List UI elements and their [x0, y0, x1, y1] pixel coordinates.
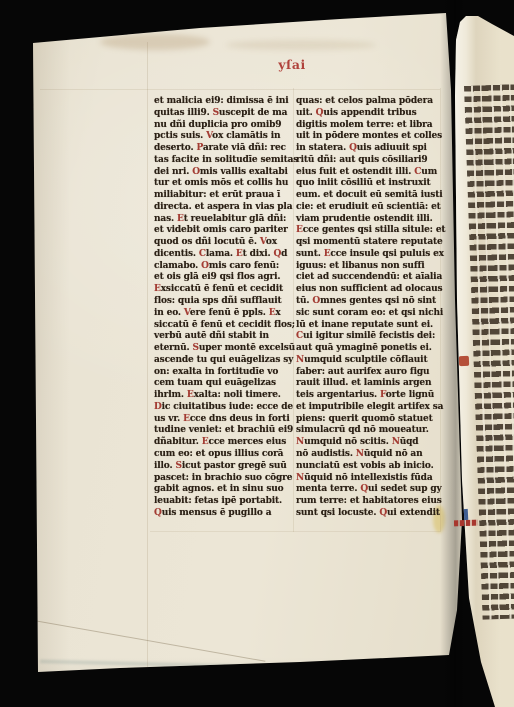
yellow-stain: [433, 505, 445, 533]
text-line: quod os dñi locutū ē. Vox: [154, 237, 294, 249]
text-line: flos: quia sps dñi sufflauit: [154, 296, 294, 308]
text-line: Cui igitur similē fecistis dei:: [296, 331, 440, 343]
text-line: clamabo. Omis caro fenū:: [154, 261, 294, 273]
text-line: quo iniit cōsiliū et instruxit: [296, 178, 440, 190]
text-line: illo. Sicut pastor gregē suū: [154, 461, 294, 473]
text-line: viam prudentie ostendit illi.: [296, 214, 440, 226]
text-line: et ois glā ei9 qsi flos agri.: [154, 272, 294, 284]
text-line: eius fuit et ostendit illi. Cum: [296, 167, 440, 179]
parchment-crease: [34, 620, 266, 662]
text-line: et malicia ei9: dimissa ē ini: [154, 96, 294, 108]
text-line: tas facite in solitudīe semitas: [154, 155, 294, 167]
page-curl-highlight: [40, 659, 255, 668]
text-line: simulacrū qd nō moueatur.: [296, 425, 440, 437]
ruling-line-horizontal: [40, 89, 440, 90]
text-line: Numquid sculptile cōflauit: [296, 355, 440, 367]
text-line: deserto. Parate viā dñi: rec: [154, 143, 294, 155]
text-line: menta terre. Qui sedet sup gy: [296, 484, 440, 496]
text-line: tur et omis mōs et collis hu: [154, 178, 294, 190]
text-line: et imputribile elegit artifex sa: [296, 402, 440, 414]
text-line: uit. Quis appendit tribus: [296, 108, 440, 120]
text-line: dei nri. Omis vallis exaltabi: [154, 167, 294, 179]
text-line: nō audistis. Nūquid nō an: [296, 449, 440, 461]
text-line: cie: et erudiuit eū scientiā: et: [296, 202, 440, 214]
text-line: ritū dñi: aut quis cōsiliari9: [296, 155, 440, 167]
text-line: cum eo: et opus illius corā: [154, 449, 294, 461]
text-line: quas: et celos palma pōdera: [296, 96, 440, 108]
text-line: lū et inane reputate sunt ei.: [296, 320, 440, 332]
text-column-left: et malicia ei9: dimissa ē iniquitas illi…: [154, 96, 294, 520]
text-line: aut quā ymaginē ponetis ei.: [296, 343, 440, 355]
text-line: dñabitur. Ecce merces eius: [154, 437, 294, 449]
parchment-stain: [100, 34, 210, 50]
manuscript-page: yſai et malicia ei9: dimissa ē iniquitas…: [0, 0, 514, 707]
initial-blue-mark: [464, 509, 469, 520]
text-line: Ecce gentes qsi stilla situle: et: [296, 225, 440, 237]
text-line: eternū. Super montē excelsū: [154, 343, 294, 355]
text-line: directa. et aspera in vias pla: [154, 202, 294, 214]
parchment-stain: [226, 40, 376, 50]
text-line: uit in pōdere montes et colles: [296, 131, 440, 143]
text-line: Numquid nō scitis. Nūqd: [296, 437, 440, 449]
running-header: yſai: [258, 57, 326, 72]
text-line: pctis suis. Vox clamātis in: [154, 131, 294, 143]
ruling-line-vertical: [147, 42, 148, 668]
text-line: ciet ad succendendū: et aīalia: [296, 272, 440, 284]
text-line: teis argentarius. Forte lignū: [296, 390, 440, 402]
text-line: Exsiccatū ē fenū et cecidit: [154, 284, 294, 296]
text-line: miliabitur: et erūt praua ī: [154, 190, 294, 202]
text-line: cem tuam qui euāgelizas: [154, 378, 294, 390]
text-line: sunt qsi locuste. Qui extendit: [296, 508, 440, 520]
text-line: dicentis. Clama. Et dixi. Qd: [154, 249, 294, 261]
text-line: nunciatū est vobis ab inicio.: [296, 461, 440, 473]
text-line: gabit agnos. et in sinu suo: [154, 484, 294, 496]
text-line: et videbit omis caro pariter: [154, 225, 294, 237]
text-line: sic sunt coram eo: et qsi nichi: [296, 308, 440, 320]
photograph-background: yſai et malicia ei9: dimissa ē iniquitas…: [0, 0, 514, 707]
text-column-right: quas: et celos palma pōderauit. Quis app…: [296, 96, 440, 520]
text-line: Nūquid nō intellexistis fūda: [296, 473, 440, 485]
ruling-line-horizontal: [150, 531, 440, 532]
text-line: nu dñi duplicia pro omib9: [154, 120, 294, 132]
text-line: Quis mensus ē pugillo a: [154, 508, 294, 520]
text-line: Dic ciuitatibus iude: ecce de: [154, 402, 294, 414]
text-line: rum terre: et habitatores eius: [296, 496, 440, 508]
text-line: us vr. Ecce dns deus in forti: [154, 414, 294, 426]
text-line: leuabit: fetas ipē portabit.: [154, 496, 294, 508]
ruling-line-vertical: [440, 88, 441, 532]
text-line: siccatū ē fenū et cecidit flos;: [154, 320, 294, 332]
text-line: rauit illud. et laminis argen: [296, 378, 440, 390]
text-line: tudine veniet: et brachiū ei9: [154, 425, 294, 437]
text-line: verbū autē dñi stabit in: [154, 331, 294, 343]
text-line: ihrlm. Exalta: noli timere.: [154, 390, 294, 402]
text-line: quitas illi9. Suscepit de ma: [154, 108, 294, 120]
rubric-initial-red: [459, 356, 469, 366]
text-line: eum. et docuit eū semitā iusti: [296, 190, 440, 202]
text-line: sunt. Ecce insule qsi puluis ex: [296, 249, 440, 261]
text-line: nas. Et reuelabitur glā dñi:: [154, 214, 294, 226]
text-line: pascet: in brachio suo cōgre: [154, 473, 294, 485]
text-line: qsi momentū statere reputate: [296, 237, 440, 249]
text-line: in eo. Vere fenū ē ppls. Ex: [154, 308, 294, 320]
ruling-line-vertical: [293, 88, 294, 532]
chapter-rubric-red: [454, 520, 478, 527]
text-line: tū. Omnes gentes qsi nō sint: [296, 296, 440, 308]
text-line: iguus: et libanus non suffi: [296, 261, 440, 273]
text-line: in statera. Quis adiuuit spi: [296, 143, 440, 155]
text-line: ascende tu qui euāgelizas sy: [154, 355, 294, 367]
text-line: piens: querit quomō statuet: [296, 414, 440, 426]
text-line: digitis molem terre: et libra: [296, 120, 440, 132]
text-line: on: exalta in fortitudīe vo: [154, 367, 294, 379]
text-line: faber: aut aurifex auro figu: [296, 367, 440, 379]
text-line: eius non sufficient ad olocaus: [296, 284, 440, 296]
